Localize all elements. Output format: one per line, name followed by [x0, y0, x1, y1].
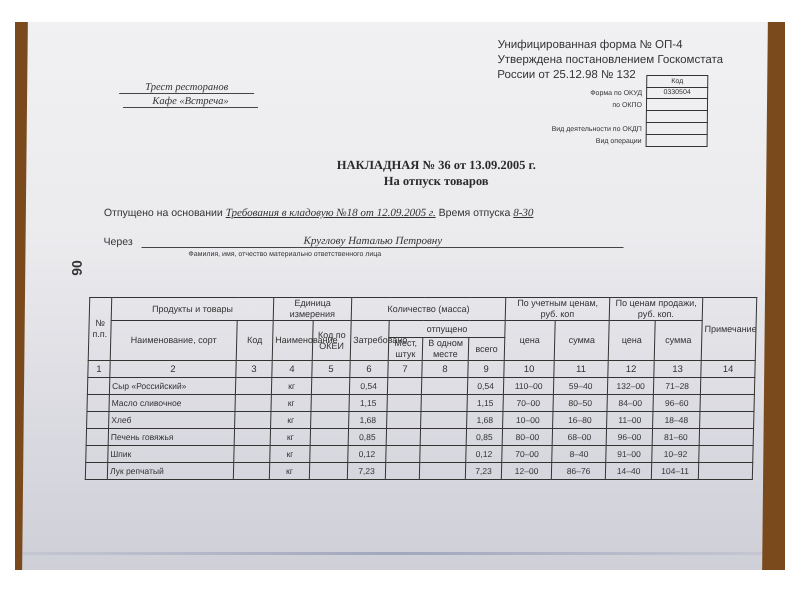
- column-number: 14: [701, 361, 755, 378]
- table-row: Хлебкг1,681,6810–0016–8011–0018–48: [87, 412, 754, 429]
- via-value: Кругловy Наталью Петровну: [304, 235, 443, 247]
- column-number: 8: [422, 361, 468, 378]
- column-number: 5: [312, 361, 350, 378]
- cell-requested: 7,23: [347, 463, 385, 480]
- cell-n: [87, 378, 109, 395]
- signature-line: [142, 247, 624, 248]
- subtitle-line: На отпуск товаров: [281, 173, 591, 189]
- cell-note: [700, 395, 754, 412]
- cell-acc-sum: 8–40: [552, 446, 606, 463]
- column-number: 11: [554, 361, 608, 378]
- header-product-code: Код: [236, 321, 273, 361]
- cell-unit: кг: [270, 446, 310, 463]
- cell-name: Масло сливочное: [109, 395, 235, 412]
- cell-name: Хлеб: [109, 412, 235, 429]
- cell-okei: [311, 412, 349, 429]
- cell-places: [385, 463, 419, 480]
- code-value: [646, 99, 708, 111]
- column-number: 10: [504, 361, 554, 378]
- header-requested: Затребовано: [350, 321, 389, 361]
- code-value: 0330504: [646, 87, 708, 99]
- column-number: 13: [654, 361, 701, 378]
- cell-unit: кг: [269, 463, 309, 480]
- header-sale-price: цена: [608, 321, 655, 361]
- cell-per-place: [421, 412, 467, 429]
- cell-code: [235, 412, 271, 429]
- cell-per-place: [420, 429, 466, 446]
- header-places: Мест, штук: [388, 338, 423, 361]
- cell-unit: кг: [271, 378, 311, 395]
- document-title: НАКЛАДНАЯ № 36 от 13.09.2005 г. На отпус…: [281, 157, 591, 189]
- cell-unit: кг: [271, 412, 311, 429]
- header-acc-price: цена: [504, 321, 555, 361]
- column-numbers-row: 1234567891011121314: [88, 361, 755, 378]
- table-row: Печень говяжьякг0,850,8580–0068–0096–008…: [86, 429, 753, 446]
- via-label: Через: [104, 236, 133, 248]
- cell-code: [235, 395, 271, 412]
- organization: Трест ресторанов Кафе «Встреча»: [119, 82, 258, 110]
- organization-line: Трест ресторанов: [119, 82, 254, 94]
- column-number: 7: [388, 361, 422, 378]
- cell-name: Шпик: [108, 446, 234, 463]
- side-mark: 06: [69, 260, 85, 276]
- cell-acc-sum: 59–40: [553, 378, 607, 395]
- cell-places: [386, 429, 420, 446]
- cell-places: [387, 412, 421, 429]
- cell-sale-sum: 71–28: [653, 378, 700, 395]
- cell-code: [233, 463, 269, 480]
- cell-acc-price: 10–00: [503, 412, 553, 429]
- cell-acc-sum: 16–80: [553, 412, 607, 429]
- cell-sale-sum: 81–60: [652, 429, 699, 446]
- header-account-prices: По учетным ценам, руб. коп: [505, 298, 610, 321]
- cell-per-place: [420, 446, 466, 463]
- cell-places: [387, 395, 421, 412]
- cell-sale-sum: 96–60: [653, 395, 700, 412]
- column-number: 6: [350, 361, 388, 378]
- header-sale-prices: По ценам продажи, руб. коп.: [609, 298, 703, 321]
- cell-acc-price: 80–00: [502, 429, 552, 446]
- cell-name: Сыр «Российский»: [109, 378, 235, 395]
- title-line: НАКЛАДНАЯ № 36 от 13.09.2005 г.: [281, 157, 591, 173]
- document-photo: Унифицированная форма № ОП-4 Утверждена …: [15, 22, 785, 570]
- cell-sale-sum: 18–48: [653, 412, 700, 429]
- cell-acc-price: 110–00: [503, 378, 553, 395]
- column-number: 1: [88, 361, 110, 378]
- cell-sale-price: 96–00: [606, 429, 652, 446]
- column-number: 3: [236, 361, 272, 378]
- cell-sale-price: 84–00: [607, 395, 653, 412]
- cell-total: 0,85: [466, 429, 502, 446]
- codes-header: Код: [646, 75, 708, 88]
- cell-acc-price: 70–00: [502, 446, 552, 463]
- cell-n: [85, 463, 107, 480]
- code-label: по ОКПО: [517, 102, 646, 109]
- cell-per-place: [421, 378, 467, 395]
- cell-note: [699, 429, 753, 446]
- cell-sale-price: 14–40: [605, 463, 651, 480]
- cell-n: [86, 446, 108, 463]
- table-row: Шпиккг0,120,1270–008–4091–0010–92: [86, 446, 753, 463]
- header-note: Примечание: [701, 298, 757, 361]
- via-line: Через Кругловy Наталью Петровну Фамилия,…: [104, 236, 624, 248]
- header-products: Продукты и товары: [111, 298, 274, 321]
- header-sale-sum: сумма: [654, 321, 702, 361]
- cell-note: [700, 412, 754, 429]
- cell-per-place: [419, 463, 465, 480]
- column-number: 12: [608, 361, 654, 378]
- header-acc-sum: сумма: [554, 321, 609, 361]
- cell-acc-sum: 68–00: [552, 429, 606, 446]
- cell-note: [700, 378, 754, 395]
- cell-code: [235, 378, 271, 395]
- header-product-name: Наименование, сорт: [110, 321, 237, 361]
- time-label: Время отпуска: [439, 207, 511, 219]
- column-number: 2: [110, 361, 236, 378]
- table-row: Сыр «Российский»кг0,540,54110–0059–40132…: [87, 378, 754, 395]
- cell-per-place: [421, 395, 467, 412]
- cell-total: 1,15: [467, 395, 503, 412]
- organization-line: Кафе «Встреча»: [123, 96, 258, 108]
- cell-okei: [309, 463, 347, 480]
- cell-n: [87, 412, 109, 429]
- cell-requested: 0,12: [348, 446, 386, 463]
- basis-label: Отпущено на основании: [104, 207, 223, 219]
- cell-okei: [311, 395, 349, 412]
- items-table: № п.п. Продукты и товары Единица измерен…: [85, 297, 758, 480]
- cell-requested: 1,68: [349, 412, 387, 429]
- code-value: [646, 123, 708, 135]
- code-label: Форма по ОКУД: [517, 90, 646, 97]
- cell-places: [386, 446, 420, 463]
- cell-total: 0,12: [466, 446, 502, 463]
- paper-fold: [22, 552, 762, 555]
- cell-okei: [310, 446, 348, 463]
- basis-value: Требования в кладовую №18 от 12.09.2005 …: [226, 207, 436, 219]
- cell-sale-sum: 104–11: [651, 463, 698, 480]
- paper-sheet: Унифицированная форма № ОП-4 Утверждена …: [22, 22, 768, 570]
- code-label: Вид деятельности по ОКДП: [517, 126, 646, 133]
- cell-sale-sum: 10–92: [652, 446, 699, 463]
- cell-okei: [311, 378, 349, 395]
- cell-acc-price: 70–00: [503, 395, 553, 412]
- cell-requested: 0,54: [349, 378, 387, 395]
- table-row: Масло сливочноекг1,151,1570–0080–5084–00…: [87, 395, 754, 412]
- cell-total: 7,23: [465, 463, 501, 480]
- form-line: Унифицированная форма № ОП-4: [498, 38, 724, 53]
- cell-sale-price: 11–00: [607, 412, 653, 429]
- cell-sale-price: 91–00: [606, 446, 652, 463]
- cell-requested: 0,85: [348, 429, 386, 446]
- cell-n: [86, 429, 108, 446]
- header-total: всего: [468, 338, 505, 361]
- cell-note: [698, 463, 752, 480]
- cell-total: 1,68: [467, 412, 503, 429]
- time-value: 8-30: [513, 207, 533, 219]
- code-value: [646, 135, 708, 147]
- cell-n: [87, 395, 109, 412]
- code-label: Вид операции: [517, 138, 646, 145]
- form-line: Утверждена постановлением Госкомстата: [497, 53, 723, 68]
- basis-line: Отпущено на основании Требования в кладо…: [104, 207, 534, 219]
- cell-total: 0,54: [467, 378, 503, 395]
- cell-code: [234, 446, 270, 463]
- cell-acc-sum: 86–76: [551, 463, 605, 480]
- codes-box: Код Форма по ОКУД0330504 по ОКПО Вид дея…: [517, 75, 738, 147]
- cell-note: [699, 446, 753, 463]
- cell-okei: [310, 429, 348, 446]
- cell-name: Печень говяжья: [108, 429, 234, 446]
- header-per-place: В одном месте: [422, 338, 469, 361]
- cell-acc-price: 12–00: [501, 463, 551, 480]
- cell-places: [387, 378, 421, 395]
- cell-name: Лук репчатый: [107, 463, 233, 480]
- cell-unit: кг: [271, 395, 311, 412]
- header-quantity: Количество (масса): [351, 298, 506, 321]
- header-num: № п.п.: [88, 298, 112, 361]
- cell-requested: 1,15: [349, 395, 387, 412]
- column-number: 4: [272, 361, 312, 378]
- cell-code: [234, 429, 270, 446]
- column-number: 9: [468, 361, 504, 378]
- header-unit-name: Наименование: [272, 321, 313, 361]
- cell-unit: кг: [270, 429, 310, 446]
- cell-acc-sum: 80–50: [553, 395, 607, 412]
- code-value: [646, 111, 708, 123]
- header-unit: Единица измерения: [273, 298, 352, 321]
- table-row: Лук репчатыйкг7,237,2312–0086–7614–40104…: [85, 463, 752, 480]
- via-hint: Фамилия, имя, отчество материально ответ…: [188, 251, 381, 258]
- cell-sale-price: 132–00: [607, 378, 653, 395]
